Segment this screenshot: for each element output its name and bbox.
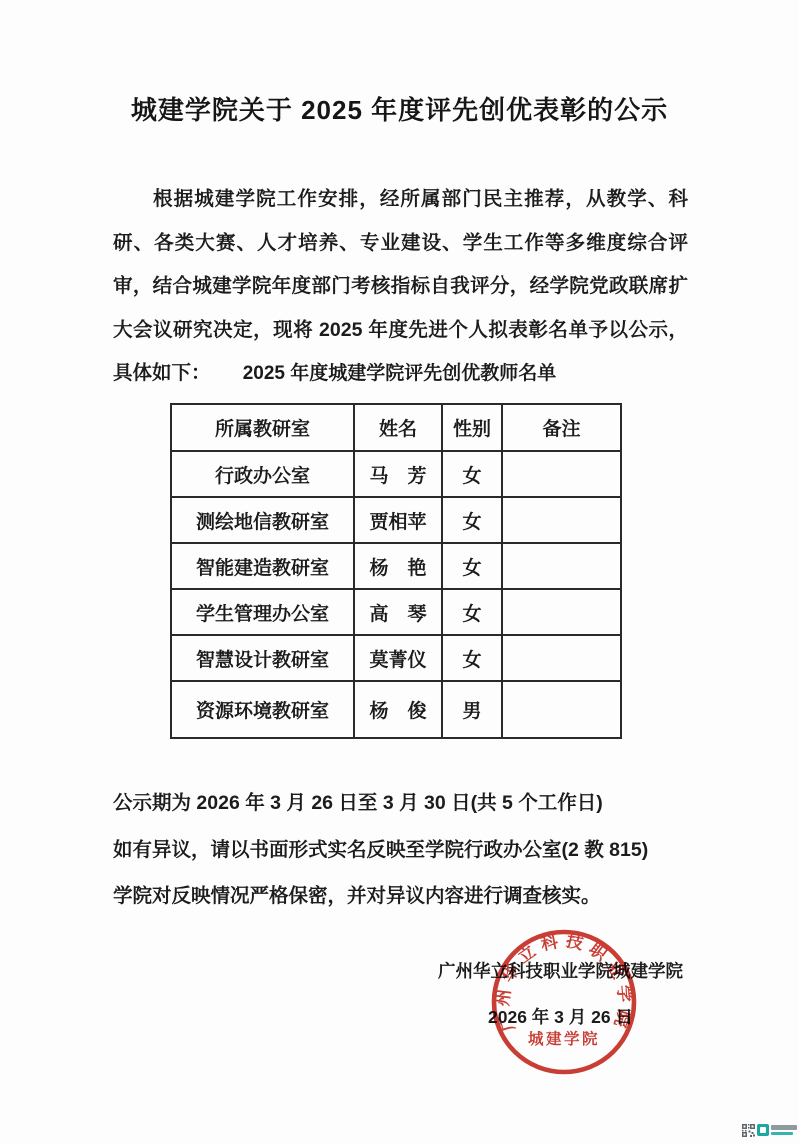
column-header: 所属教研室 — [171, 404, 354, 451]
table-row: 智能建造教研室杨 艳女 — [171, 543, 621, 589]
column-header: 姓名 — [354, 404, 442, 451]
table-cell: 男 — [442, 681, 502, 738]
table-row: 学生管理办公室高 琴女 — [171, 589, 621, 635]
table-cell — [502, 451, 621, 497]
table-header-row: 所属教研室姓名性别备注 — [171, 404, 621, 451]
column-header: 性别 — [442, 404, 502, 451]
table-cell: 女 — [442, 497, 502, 543]
table-cell: 女 — [442, 589, 502, 635]
column-header: 备注 — [502, 404, 621, 451]
table-cell: 杨 艳 — [354, 543, 442, 589]
table-cell — [502, 497, 621, 543]
table-cell: 行政办公室 — [171, 451, 354, 497]
header-row: 所属教研室姓名性别备注 — [171, 404, 621, 451]
signature-date: 2026 年 3 月 26 日 — [438, 994, 683, 1040]
signature-org: 广州华立科技职业学院城建学院 — [438, 948, 683, 994]
table-cell: 莫菁仪 — [354, 635, 442, 681]
table-cell: 智能建造教研室 — [171, 543, 354, 589]
teacher-roster-table: 所属教研室姓名性别备注 行政办公室马 芳女测绘地信教研室贾相苹女智能建造教研室杨… — [170, 403, 622, 739]
note-publicity-period: 公示期为 2026 年 3 月 26 日至 3 月 30 日(共 5 个工作日) — [113, 780, 693, 827]
table-row: 行政办公室马 芳女 — [171, 451, 621, 497]
table-cell: 智慧设计教研室 — [171, 635, 354, 681]
qr-code-icon — [742, 1124, 755, 1137]
table-cell: 学生管理办公室 — [171, 589, 354, 635]
signature-block: 广州华立科技职业学院城建学院 2026 年 3 月 26 日 — [438, 948, 683, 1040]
table-cell: 测绘地信教研室 — [171, 497, 354, 543]
table-cell — [502, 543, 621, 589]
table-cell: 女 — [442, 543, 502, 589]
watermark-text-lines — [771, 1124, 797, 1135]
watermark-line-1 — [771, 1125, 797, 1130]
table-cell: 马 芳 — [354, 451, 442, 497]
table-cell: 资源环境教研室 — [171, 681, 354, 738]
table-caption: 2025 年度城建学院评先创优教师名单 — [0, 358, 799, 385]
table-row: 资源环境教研室杨 俊男 — [171, 681, 621, 738]
watermark-line-2 — [771, 1132, 793, 1135]
table-row: 测绘地信教研室贾相苹女 — [171, 497, 621, 543]
document-page: 城建学院关于 2025 年度评先创优表彰的公示 根据城建学院工作安排，经所属部门… — [0, 0, 799, 1143]
notes-section: 公示期为 2026 年 3 月 26 日至 3 月 30 日(共 5 个工作日)… — [113, 780, 693, 920]
table-body: 行政办公室马 芳女测绘地信教研室贾相苹女智能建造教研室杨 艳女学生管理办公室高 … — [171, 451, 621, 738]
table-cell: 女 — [442, 451, 502, 497]
seal-app-badge-icon — [757, 1124, 769, 1136]
table-cell: 杨 俊 — [354, 681, 442, 738]
table-cell — [502, 681, 621, 738]
table-cell: 女 — [442, 635, 502, 681]
table-cell — [502, 635, 621, 681]
note-objection-channel: 如有异议，请以书面形式实名反映至学院行政办公室(2 教 815) — [113, 827, 693, 874]
note-confidentiality: 学院对反映情况严格保密，并对异议内容进行调查核实。 — [113, 873, 693, 920]
table-cell: 高 琴 — [354, 589, 442, 635]
table-cell: 贾相苹 — [354, 497, 442, 543]
table-row: 智慧设计教研室莫菁仪女 — [171, 635, 621, 681]
document-title: 城建学院关于 2025 年度评先创优表彰的公示 — [0, 90, 799, 127]
scanner-app-watermark — [742, 1124, 797, 1137]
table-cell — [502, 589, 621, 635]
